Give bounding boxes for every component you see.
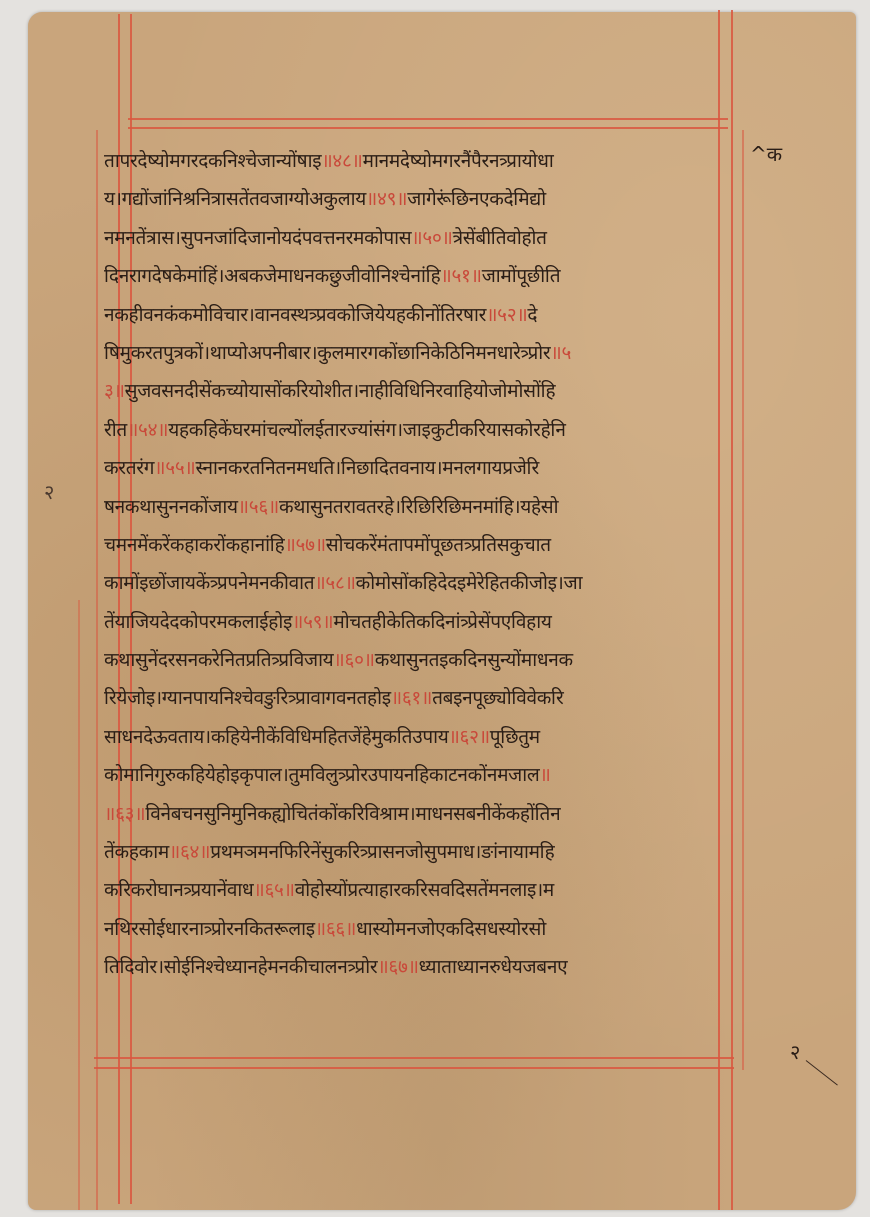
line-text: रियेजोइ।ग्यानपायनिश्चेवङुरित्र्प्रावागवन…	[104, 687, 391, 709]
text-line: ३॥सुजवसनदीसेंकच्योयासोंकरियोशीत।नाहीविधि…	[104, 372, 740, 410]
line-text: नकहीवनकंकमोविचार।वानवस्थत्र्प्रवकोजियेयह…	[104, 304, 486, 326]
verse-number: ॥६७॥	[377, 956, 418, 978]
line-text: करतरंग	[104, 457, 154, 479]
top-rule-2	[128, 127, 728, 129]
verse-number: ॥६६॥	[315, 918, 356, 940]
line-text: तेंयाजियदेदकोपरमकलाईहोइ	[104, 611, 292, 633]
line-text: यहकहिकेंघरमांचल्योंलईतारज्यांसंग।जाइकुटी…	[168, 419, 565, 441]
text-left-rule-b	[78, 600, 80, 1210]
verse-number: ॥	[539, 764, 550, 786]
line-text: ध्याताध्यानरुधेयजबनए	[419, 956, 568, 978]
line-text: तेंकहकाम	[104, 841, 169, 863]
verse-number: ॥५२॥	[486, 304, 527, 326]
verse-number: ॥६२॥	[448, 726, 489, 748]
verse-number: ॥५०॥	[411, 227, 452, 249]
text-line: करिकरोघानत्र्प्रयानेंवाध॥६५॥वोहोस्योंप्र…	[104, 871, 740, 909]
line-text: मानमदेष्योमगरनैंपैरनत्र्प्रायोधा	[363, 150, 554, 172]
text-line: करतरंग॥५५॥स्नानकरतनितनमधति।निछादितवनाय।म…	[104, 449, 740, 487]
text-line: नथिरसोईधारनात्र्प्रोरनकितरूलाइ॥६६॥धास्यो…	[104, 910, 740, 948]
line-text: कोमानिगुरुकहियेहोइकृपाल।तुमविलुत्र्प्रोर…	[104, 764, 539, 786]
line-text: कथासुनतरावतरहे।रिछिरिछिमनमांहि।यहेसो	[279, 496, 558, 518]
line-text: धास्योमनजोएकदिसधस्योरसो	[356, 918, 546, 940]
line-text: रीत	[104, 419, 127, 441]
text-line: षिमुकरतपुत्रकों।थाप्योअपनीबार।कुलमारगकों…	[104, 334, 740, 372]
text-line: तेंयाजियदेदकोपरमकलाईहोइ॥५९॥मोचतहीकेतिकदि…	[104, 603, 740, 641]
text-line: नमनतेंत्रास।सुपनजांदिजानोयदंपवत्तनरमकोपा…	[104, 219, 740, 257]
line-text: तापरदेष्योमगरदकनिश्चेजान्योंषाइ	[104, 150, 321, 172]
line-text: दे	[527, 304, 537, 326]
verse-number: ॥५१॥	[440, 265, 481, 287]
text-line: ॥६३॥विनेबचनसुनिमुनिकह्योचितंकोंकरिविश्रा…	[104, 795, 740, 833]
bottom-rule-2	[94, 1067, 734, 1069]
line-text: विनेबचनसुनिमुनिकह्योचितंकोंकरिविश्राम।मा…	[145, 803, 560, 825]
line-text: नमनतेंत्रास।सुपनजांदिजानोयदंपवत्तनरमकोपा…	[104, 227, 411, 249]
verse-number: ॥६४॥	[169, 841, 210, 863]
text-line: रीत॥५४॥यहकहिकेंघरमांचल्योंलईतारज्यांसंग।…	[104, 411, 740, 449]
line-text: जागेरूंछिनएकदेमिद्यो	[407, 188, 546, 210]
verse-number: ॥६०॥	[333, 649, 374, 671]
line-text: नथिरसोईधारनात्र्प्रोरनकितरूलाइ	[104, 918, 315, 940]
bottom-rule-1	[94, 1057, 734, 1059]
line-text: वोहोस्योंप्रत्याहारकरिसवदिसतेंमनलाइ।म	[295, 879, 554, 901]
manuscript-text-block: तापरदेष्योमगरदकनिश्चेजान्योंषाइ॥४८॥मानमद…	[104, 142, 740, 987]
text-line: तिदिवोर।सोईनिश्चेध्यानहेमनकीचालनत्र्प्रो…	[104, 948, 740, 986]
line-text: षिमुकरतपुत्रकों।थाप्योअपनीबार।कुलमारगकों…	[104, 342, 550, 364]
text-line: रियेजोइ।ग्यानपायनिश्चेवङुरित्र्प्रावागवन…	[104, 679, 740, 717]
verse-number: ॥५६॥	[238, 496, 279, 518]
top-rule-1	[128, 118, 728, 120]
line-text: षनकथासुननकोंजाय	[104, 496, 238, 518]
verse-number: ॥५४॥	[127, 419, 168, 441]
text-line: षनकथासुननकोंजाय॥५६॥कथासुनतरावतरहे।रिछिरि…	[104, 488, 740, 526]
line-text: प्रथमञमनफिरिनेंसुकरित्र्प्रासनजोसुपमाध।ङ…	[210, 841, 554, 863]
text-line: चमनमेंकरेंकहाकरोंकहानांहि॥५७॥सोचकरेंमंता…	[104, 526, 740, 564]
text-line: य।गद्योंजांनिश्रनित्रासतेंतवजाग्योअकुलाय…	[104, 180, 740, 218]
verse-number: ॥४९॥	[366, 188, 407, 210]
line-text: चमनमेंकरेंकहाकरोंकहानांहि	[104, 534, 284, 556]
line-text: य।गद्योंजांनिश्रनित्रासतेंतवजाग्योअकुलाय	[104, 188, 366, 210]
line-text: साधनदेऊवताय।कहियेनीकेंविधिमहितजेंहेमुकति…	[104, 726, 448, 748]
text-line: तेंकहकाम॥६४॥प्रथमञमनफिरिनेंसुकरित्र्प्रा…	[104, 833, 740, 871]
verse-number: ३॥	[104, 380, 125, 402]
verse-number: ॥६१॥	[391, 687, 432, 709]
line-text: मोचतहीकेतिकदिनांत्र्प्रेसेंपएविहाय	[333, 611, 551, 633]
bottom-right-page-number: २	[790, 1038, 800, 1065]
verse-number: ॥६५॥	[253, 879, 294, 901]
line-text: सुजवसनदीसेंकच्योयासोंकरियोशीत।नाहीविधिनि…	[125, 380, 556, 402]
line-text: कथासुनेंदरसनकरेनितप्रतित्र्प्रविजाय	[104, 649, 333, 671]
line-text: स्नानकरतनितनमधति।निछादितवनाय।मनलगायप्रजे…	[196, 457, 539, 479]
line-text: कथासुनतइकदिनसुन्योंमाधनक	[375, 649, 573, 671]
text-line: कामोंइछोंजायकेंत्र्प्रपनेमनकीवात॥५८॥कोमो…	[104, 564, 740, 602]
text-line: नकहीवनकंकमोविचार।वानवस्थत्र्प्रवकोजियेयह…	[104, 296, 740, 334]
line-text: पूछितुम	[490, 726, 540, 748]
line-text: जामोंपूछीति	[482, 265, 561, 287]
line-text: तिदिवोर।सोईनिश्चेध्यानहेमनकीचालनत्र्प्रो…	[104, 956, 377, 978]
line-text: त्रेसेंबीतिवोहोत	[453, 227, 547, 249]
verse-number: ॥४८॥	[321, 150, 362, 172]
text-line: दिनरागदेषकेमांहिं।अबकजेमाधनकछुजीवोनिश्चे…	[104, 257, 740, 295]
verse-number: ॥५७॥	[284, 534, 325, 556]
verse-number: ॥५	[550, 342, 571, 364]
left-margin-folio-number: २	[44, 478, 54, 505]
text-line: तापरदेष्योमगरदकनिश्चेजान्योंषाइ॥४८॥मानमद…	[104, 142, 740, 180]
line-text: दिनरागदेषकेमांहिं।अबकजेमाधनकछुजीवोनिश्चे…	[104, 265, 440, 287]
text-left-rule-a	[96, 130, 98, 1210]
verse-number: ॥५५॥	[154, 457, 195, 479]
text-line: कोमानिगुरुकहियेहोइकृपाल।तुमविलुत्र्प्रोर…	[104, 756, 740, 794]
verse-number: ॥६३॥	[104, 803, 145, 825]
text-right-rule	[742, 130, 744, 1070]
right-margin-note: ^क	[750, 140, 782, 167]
verse-number: ॥५९॥	[292, 611, 333, 633]
line-text: कोमोसोंकहिदेदइमेरेहितकीजोइ।जा	[356, 572, 583, 594]
text-line: कथासुनेंदरसनकरेनितप्रतित्र्प्रविजाय॥६०॥क…	[104, 641, 740, 679]
line-text: सोचकरेंमंतापमोंपूछतत्र्प्रतिसकुचात	[326, 534, 551, 556]
line-text: तबइनपूछ्योविवेकरि	[432, 687, 563, 709]
line-text: करिकरोघानत्र्प्रयानेंवाध	[104, 879, 253, 901]
line-text: कामोंइछोंजायकेंत्र्प्रपनेमनकीवात	[104, 572, 314, 594]
verse-number: ॥५८॥	[314, 572, 355, 594]
text-line: साधनदेऊवताय।कहियेनीकेंविधिमहितजेंहेमुकति…	[104, 718, 740, 756]
